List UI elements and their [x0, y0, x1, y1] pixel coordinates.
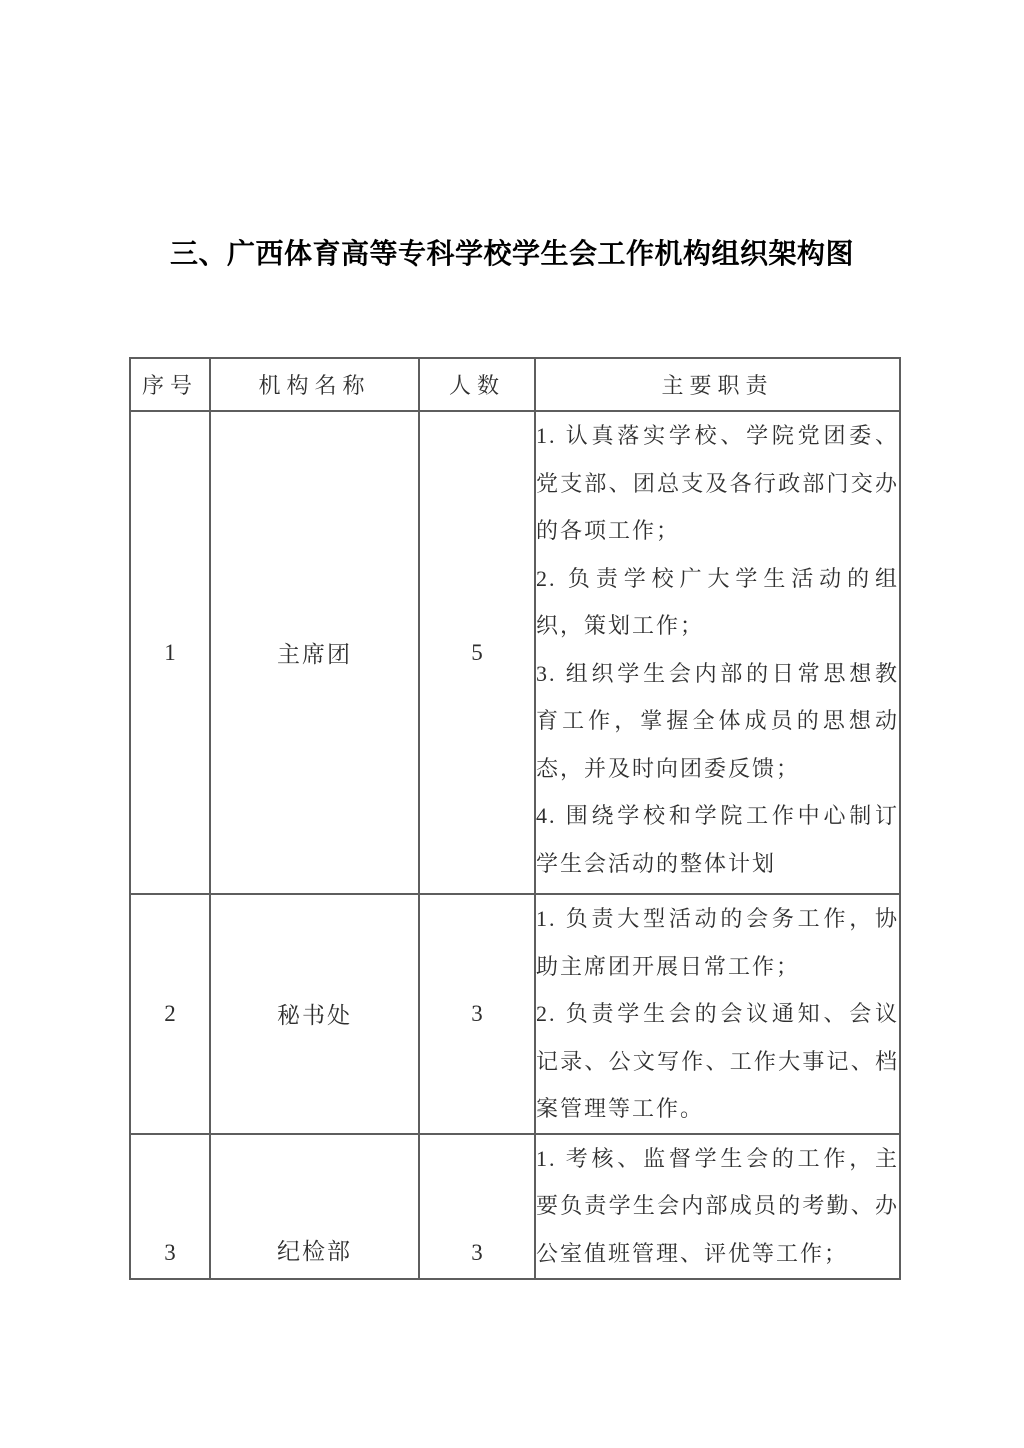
- column-header-index: 序号: [130, 358, 210, 411]
- org-structure-table: 序号 机构名称 人数 主要职责 1 主席团 5 1. 认真落实学校、学院党团委、…: [129, 357, 901, 1280]
- duty-item: 1. 认真落实学校、学院党团委、党支部、团总支及各行政部门交办的各项工作；: [536, 412, 899, 555]
- duty-item: 3. 组织学生会内部的日常思想教育工作，掌握全体成员的思想动态，并及时向团委反馈…: [536, 650, 899, 793]
- duty-item: 4. 围绕学校和学院工作中心制订学生会活动的整体计划: [536, 792, 899, 887]
- org-name-cell: 秘书处: [210, 894, 419, 1134]
- page-title: 三、广西体育高等专科学校学生会工作机构组织架构图: [0, 237, 1024, 271]
- index-cell: 3: [130, 1134, 210, 1279]
- index-cell: 2: [130, 894, 210, 1134]
- table-row: 1 主席团 5 1. 认真落实学校、学院党团委、党支部、团总支及各行政部门交办的…: [130, 411, 900, 894]
- count-cell: 3: [419, 1134, 535, 1279]
- count-cell: 3: [419, 894, 535, 1134]
- duties-cell: 1. 认真落实学校、学院党团委、党支部、团总支及各行政部门交办的各项工作； 2.…: [535, 411, 900, 894]
- duty-item: 1. 负责大型活动的会务工作，协助主席团开展日常工作；: [536, 895, 899, 990]
- org-name-cell: 主席团: [210, 411, 419, 894]
- duty-item: 2. 负责学校广大学生活动的组织，策划工作；: [536, 555, 899, 650]
- header-row: 序号 机构名称 人数 主要职责: [130, 358, 900, 411]
- count-cell: 5: [419, 411, 535, 894]
- column-header-duties: 主要职责: [535, 358, 900, 411]
- document-page: 三、广西体育高等专科学校学生会工作机构组织架构图 序号 机构名称 人数 主要职责…: [0, 0, 1024, 1448]
- duties-cell: 1. 负责大型活动的会务工作，协助主席团开展日常工作； 2. 负责学生会的会议通…: [535, 894, 900, 1134]
- duty-item: 2. 负责学生会的会议通知、会议记录、公文写作、工作大事记、档案管理等工作。: [536, 990, 899, 1133]
- column-header-org-name: 机构名称: [210, 358, 419, 411]
- table-row: 2 秘书处 3 1. 负责大型活动的会务工作，协助主席团开展日常工作； 2. 负…: [130, 894, 900, 1134]
- index-cell: 1: [130, 411, 210, 894]
- duty-item: 1. 考核、监督学生会的工作，主要负责学生会内部成员的考勤、办公室值班管理、评优…: [536, 1135, 899, 1278]
- duties-cell: 1. 考核、监督学生会的工作，主要负责学生会内部成员的考勤、办公室值班管理、评优…: [535, 1134, 900, 1279]
- table-row: 3 纪检部 3 1. 考核、监督学生会的工作，主要负责学生会内部成员的考勤、办公…: [130, 1134, 900, 1279]
- org-name-cell: 纪检部: [210, 1134, 419, 1279]
- column-header-count: 人数: [419, 358, 535, 411]
